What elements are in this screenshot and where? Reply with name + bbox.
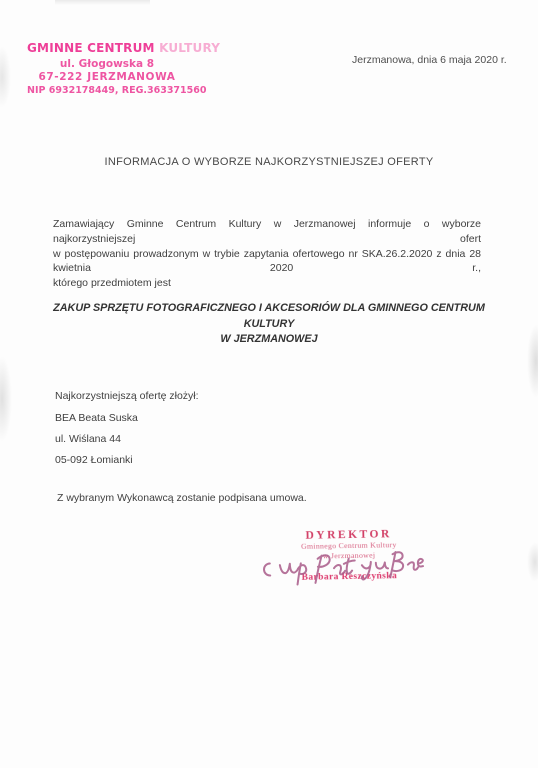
scan-artifact: [0, 46, 11, 108]
letterhead-org-name-strong: GMINNE CENTRUM: [27, 41, 159, 55]
letterhead-nip-regon: NIP 6932178449, REG.363371560: [27, 85, 187, 96]
document-page: GMINNE CENTRUM KULTURY ul. Głogowska 8 6…: [0, 0, 538, 768]
document-title: INFORMACJA O WYBORZE NAJKORZYSTNIEJSZEJ …: [0, 156, 538, 168]
date-line: Jerzmanowa, dnia 6 maja 2020 r.: [352, 54, 507, 66]
scan-artifact: [527, 542, 538, 582]
letterhead-street: ul. Głogowska 8: [27, 58, 187, 70]
scan-artifact: [55, 0, 150, 5]
bidder-name: BEA Beata Suska: [55, 412, 138, 424]
scan-artifact: [527, 324, 538, 398]
body-paragraph: Zamawiający Gminne Centrum Kultury w Jer…: [53, 217, 481, 291]
handwritten-signature: [251, 545, 428, 591]
letterhead-org-name: GMINNE CENTRUM KULTURY: [27, 41, 187, 55]
letterhead-city: 67-222 JERZMANOWA: [27, 71, 187, 83]
paragraph-line: którego przedmiotem jest: [53, 276, 481, 291]
closing-line: Z wybranym Wykonawcą zostanie podpisana …: [57, 492, 307, 504]
bidder-street: ul. Wiślana 44: [55, 433, 121, 445]
paragraph-line: Zamawiający Gminne Centrum Kultury w Jer…: [53, 217, 481, 247]
bidder-city: 05-092 Łomianki: [55, 454, 133, 466]
offer-intro-line: Najkorzystniejszą ofertę złożył:: [55, 390, 199, 402]
scan-artifact: [0, 356, 12, 442]
paragraph-line: w postępowaniu prowadzonym w trybie zapy…: [53, 247, 481, 277]
letterhead-org-name-faded: KULTURY: [159, 41, 220, 55]
signature-strokes: [251, 545, 428, 591]
letterhead-stamp: GMINNE CENTRUM KULTURY ul. Głogowska 8 6…: [27, 41, 187, 96]
subject-heading: ZAKUP SPRZĘTU FOTOGRAFICZNEGO I AKCESORI…: [30, 301, 508, 348]
subject-heading-line1: ZAKUP SPRZĘTU FOTOGRAFICZNEGO I AKCESORI…: [30, 301, 508, 332]
subject-heading-line2: W JERZMANOWEJ: [30, 332, 508, 348]
